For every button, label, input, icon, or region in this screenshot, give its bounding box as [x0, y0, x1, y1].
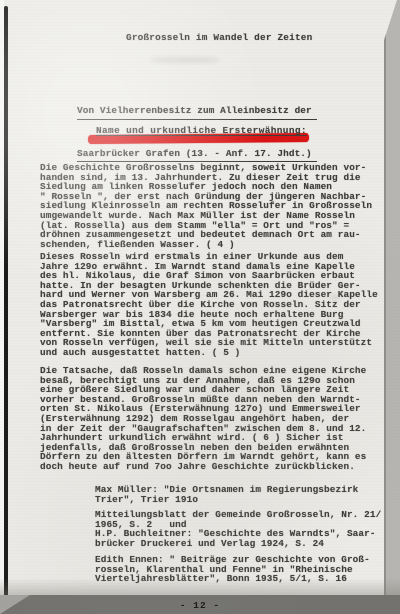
- scan-left-edge-line: [4, 6, 8, 614]
- paragraph-2: Dieses Rosseln wird erstmals in einer Ur…: [40, 252, 378, 358]
- section-heading: Name und urkundliche Ersterwähnung:: [96, 126, 307, 136]
- subtitle-line-1: Von Vielherrenbesitz zum Alleinbesitz de…: [77, 104, 317, 120]
- paragraph-1: Die Geschichte Großrosselns beginnt, sow…: [40, 163, 372, 249]
- paragraph-3: Die Tatsache, daß Rosseln damals schon e…: [40, 366, 366, 472]
- scan-bottom-band: - 12 -: [0, 595, 400, 614]
- footnote-2: Mitteilungsblatt der Gemeinde Großrossel…: [95, 510, 381, 548]
- scan-smudge: [330, 295, 340, 300]
- subtitle-line-2: Saarbrücker Grafen (13. - Anf. 17. Jhdt.…: [77, 147, 317, 163]
- scanned-document-page: Großrosseln im Wandel der Zeiten Von Vie…: [0, 0, 400, 614]
- scan-smudge: [150, 57, 220, 63]
- page-number: - 12 -: [180, 600, 220, 611]
- document-title: Großrosseln im Wandel der Zeiten: [126, 33, 312, 43]
- scan-right-edge-strip: [384, 0, 400, 614]
- footnote-1: Max Müller: "Die Ortsnamen im Regierungs…: [95, 485, 358, 504]
- page-top-right-corner-cut: [384, 0, 397, 40]
- page-bottom-shadow: [0, 578, 400, 595]
